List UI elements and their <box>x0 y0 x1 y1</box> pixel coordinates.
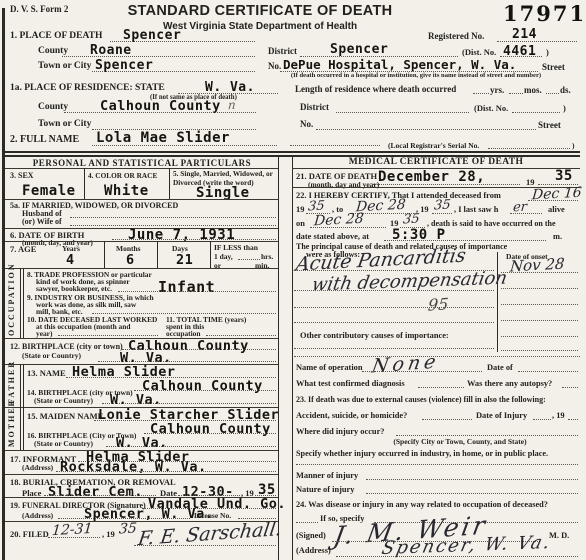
cell-divider <box>169 168 170 199</box>
blank-line <box>497 41 577 42</box>
form-number: D. V. S. Form 2 <box>10 4 68 14</box>
blank-line <box>106 446 276 447</box>
length-residence-label: Length of residence where death occurred <box>295 84 456 94</box>
manner-label: Manner of injury <box>296 471 358 480</box>
blank-line <box>418 387 464 388</box>
blank-line <box>118 291 276 292</box>
stamp-number: 17971 <box>503 1 586 26</box>
father-box-border <box>20 364 21 407</box>
blank-line <box>501 336 578 337</box>
lastseen-year: 35 <box>402 212 420 228</box>
blank-line <box>134 390 276 391</box>
item22-on: on <box>296 219 305 228</box>
blank-line <box>70 217 276 218</box>
accident-label: Accident, suicide, or homicide? <box>296 411 407 420</box>
blank-line <box>92 71 255 72</box>
filed-year-label: , 19 <box>102 529 115 539</box>
date-of-death-year: 35 <box>555 168 573 184</box>
hospital-note: (If death occurred in a hospital or inst… <box>250 72 582 79</box>
blank-line <box>102 403 276 404</box>
item20-label: 20. FILED <box>10 529 49 539</box>
blank-line <box>296 464 578 465</box>
personal-section-header: PERSONAL AND STATISTICAL PARTICULARS <box>6 158 278 168</box>
blank-line <box>294 307 494 308</box>
blank-line <box>58 518 190 519</box>
mother-vertical-label: MOTHER <box>7 411 16 447</box>
page-left-border <box>2 8 5 560</box>
age-years-value: 4 <box>66 252 75 268</box>
death-certificate-scan: D. V. S. Form 2 STANDARD CERTIFICATE OF … <box>0 0 586 560</box>
occupation-box-border <box>23 268 24 338</box>
item22-19a: 19 <box>296 205 304 214</box>
cell-divider <box>84 168 85 199</box>
mother-box-border <box>20 407 21 450</box>
hospital-value: DePue Hospital, Spencer, W. Va. <box>283 57 516 72</box>
blank-line <box>528 200 578 201</box>
wife-label: (or) Wife of <box>22 217 62 226</box>
blank-line <box>238 259 260 260</box>
blank-line <box>422 419 472 420</box>
license-no-label: License No. <box>194 511 231 520</box>
item22-m: m. <box>553 232 562 241</box>
mos-label: mos. <box>524 85 542 95</box>
medical-section-header: MEDICAL CERTIFICATE OF DEATH <box>292 157 580 167</box>
blank-line <box>384 240 546 241</box>
county-label: County <box>38 46 68 56</box>
occupation-value: Infant <box>158 278 215 296</box>
injury-19-label: , 19 <box>552 411 565 420</box>
mother-box-border <box>23 407 24 450</box>
item17-address-label: (Address) <box>22 463 53 472</box>
age-months-value: 6 <box>126 252 135 268</box>
section-divider <box>5 151 580 153</box>
nature-label: Nature of injury <box>296 485 354 494</box>
blank-line <box>372 184 520 185</box>
residence-county-label: County <box>38 102 68 112</box>
town-label: Town or City <box>38 61 91 71</box>
blank-line <box>56 471 276 472</box>
blank-line <box>501 304 578 305</box>
item22-rest: , death is said to have occurred on the <box>427 219 556 228</box>
sex-label: 3. SEX <box>10 171 34 180</box>
column-divider <box>292 155 293 560</box>
blank-line <box>70 225 276 226</box>
item12-sub-label: (State or Country) <box>22 351 81 360</box>
blank-line <box>48 537 100 538</box>
operation-value: None <box>370 350 441 377</box>
blank-line <box>98 361 276 362</box>
where-injury-label: Where did injury occur? <box>296 427 384 436</box>
father-box-border <box>23 364 24 407</box>
blank-line <box>294 290 494 291</box>
item22-alive: alive <box>548 205 565 214</box>
registered-no-label: Registered No. <box>428 31 484 41</box>
blank-line <box>568 419 578 420</box>
blank-line <box>336 556 578 557</box>
blank-line <box>546 93 559 94</box>
residence-town-label: Town or City <box>38 119 91 129</box>
blank-line <box>533 419 551 420</box>
hrs-label: hrs. <box>261 252 273 261</box>
rule <box>5 474 278 475</box>
cell-divider <box>157 241 158 268</box>
place-of-death-label: 1. PLACE OF DEATH <box>10 31 102 41</box>
blank-line <box>396 435 578 436</box>
blank-line <box>501 320 578 321</box>
blank-line <box>362 371 482 372</box>
blank-line <box>110 41 255 42</box>
blank-line <box>518 371 578 372</box>
district-value: Spencer <box>330 42 388 57</box>
specify-2: Specify whether injury occurred in indus… <box>296 449 548 458</box>
yrs-label: yrs. <box>490 85 504 95</box>
blank-line <box>510 213 542 214</box>
item11-line3: occupation <box>166 329 201 338</box>
item12-label: 12. BIRTHPLACE (city or town) <box>10 342 123 351</box>
street-label: Street <box>542 62 565 72</box>
blank-line <box>92 145 277 146</box>
item21-year-label: 19 <box>526 177 535 187</box>
specify-note: (Specify City or Town, County, and State… <box>360 437 560 446</box>
residence-district-label: District <box>300 102 329 112</box>
item14-sub-label: (State or Country) <box>34 396 93 405</box>
race-label: 4. COLOR OR RACE <box>88 171 157 180</box>
blank-line <box>501 350 578 351</box>
blank-line <box>62 56 255 57</box>
residence-dist-no-close: ) <box>563 103 566 113</box>
cell-divider <box>210 241 211 268</box>
cell-divider <box>104 241 105 268</box>
occupation-box-border <box>20 268 21 338</box>
ds-label: ds. <box>560 85 571 95</box>
signed-label: (Signed) <box>296 531 326 540</box>
blank-line <box>501 288 578 289</box>
full-name-label: 2. FULL NAME <box>10 134 79 145</box>
item13-label: 13. NAME <box>27 368 66 378</box>
residence-county-mark: n <box>227 98 236 112</box>
item23-label: 23. If death was due to external causes … <box>296 395 546 404</box>
item24-label: 24. Was disease or injury in any way rel… <box>296 500 548 509</box>
item22-lastsaw: , I last saw h <box>454 205 498 214</box>
registered-no-value: 214 <box>512 27 537 42</box>
item8-line3: sawyer, bookkeeper, etc. <box>36 284 112 293</box>
blank-line <box>366 493 578 494</box>
age-label: 7. AGE <box>10 244 36 254</box>
race-value: White <box>104 183 149 199</box>
date-of-death-value: December 28, <box>378 169 485 185</box>
blank-line <box>336 112 469 113</box>
item16-value1: Calhoun County <box>150 421 271 437</box>
informant-address-value: Rocksdale, W. Va. <box>60 459 207 475</box>
test-label: What test confirmed diagnosis <box>296 379 405 388</box>
cause-code: 95 <box>427 294 449 314</box>
blank-line <box>562 387 578 388</box>
residence-street-label: Street <box>538 120 561 130</box>
injury-date-label: Date of Injury <box>476 411 527 420</box>
blank-line <box>64 112 256 113</box>
serial-no-close: ) <box>572 141 575 150</box>
sex-value: Female <box>22 183 76 199</box>
operation-label: Name of operation <box>296 363 363 372</box>
blank-line <box>296 522 318 523</box>
blank-line <box>290 145 380 146</box>
district-label: District <box>268 46 297 56</box>
blank-line <box>488 148 570 149</box>
blank-line <box>432 213 452 214</box>
blank-line <box>206 335 276 336</box>
item16-sub-label: (State or Country) <box>34 439 93 448</box>
blank-line <box>366 479 578 480</box>
certificate-title: STANDARD CERTIFICATE OF DEATH <box>110 3 410 19</box>
blank-line <box>112 239 276 240</box>
operation-date-label: Date of <box>487 363 513 372</box>
item19-address-label: (Address) <box>22 511 53 520</box>
blank-line <box>501 272 578 273</box>
contributory-label: Other contributory causes of importance: <box>300 331 449 340</box>
blank-line <box>294 348 494 349</box>
physician-address-label: (Address) <box>296 546 331 555</box>
residence-label: 1a. PLACE OF RESIDENCE: STATE <box>10 83 165 93</box>
blank-line <box>134 545 276 546</box>
residence-no-label: No. <box>300 119 313 129</box>
blank-line <box>310 227 386 228</box>
filed-year-value: 35 <box>118 520 137 537</box>
blank-line <box>316 129 536 130</box>
item14-value2: W. Va. <box>110 392 162 408</box>
attended-to-year: 35 <box>433 198 451 214</box>
blank-line <box>44 495 156 496</box>
dist-no-label: (Dist. No. <box>462 47 496 57</box>
ifless-label-1: IF LESS than <box>214 243 258 252</box>
blank-line <box>512 112 560 113</box>
full-name-value: Lola Mae Slider <box>96 130 230 146</box>
autopsy-label: Was there any autopsy? <box>467 379 552 388</box>
blank-line <box>473 93 489 94</box>
age-days-value: 21 <box>176 252 193 268</box>
item10-line3: year) <box>36 329 52 338</box>
street-no-label: No. <box>268 61 281 71</box>
item22-line4: date stated above, at <box>296 232 369 241</box>
serial-no-label: (Local Registrar's Serial No. <box>388 141 479 150</box>
blank-line <box>509 93 523 94</box>
blank-line <box>144 433 276 434</box>
residence-dist-no-label: (Dist. No. <box>474 103 508 113</box>
blank-line <box>294 322 494 323</box>
dist-no-close: ) <box>546 47 549 57</box>
item15-label: 15. MAIDEN NAME <box>27 411 103 421</box>
ifless-label-2: 1 day, <box>214 252 233 261</box>
blank-line <box>92 313 276 314</box>
blank-line <box>58 335 158 336</box>
occupation-vertical-label: OCCUPATION <box>7 272 16 336</box>
